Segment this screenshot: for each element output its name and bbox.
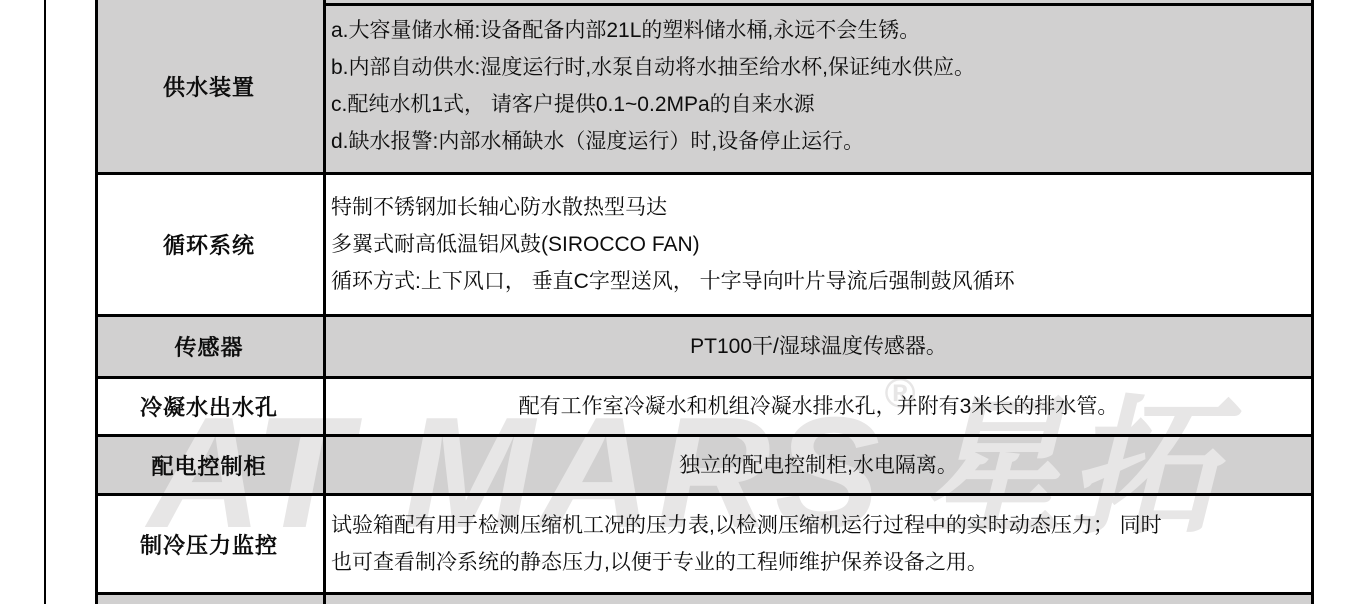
table-row-water-supply: 供水装置 a.大容量储水桶:设备配备内部21L的塑料储水桶,永远不会生锈。 b.… xyxy=(95,0,1314,172)
row-label-cell xyxy=(95,595,323,604)
row-label-cell: 配电控制柜 xyxy=(95,437,323,493)
content-line: 多翼式耐高低温铝风鼓(SIROCCO FAN) xyxy=(331,226,1308,263)
table-row-refrigeration-pressure-monitor: 制冷压力监控 试验箱配有用于检测压缩机工况的压力表,以检测压缩机运行过程中的实时… xyxy=(95,496,1314,592)
content-line: d.缺水报警:内部水桶缺水（湿度运行）时,设备停止运行。 xyxy=(331,123,1308,160)
row-content-cell: 试验箱配有用于检测压缩机工况的压力表,以检测压缩机运行过程中的实时动态压力； 同… xyxy=(323,496,1314,592)
table-row-power-control-cabinet: 配电控制柜 独立的配电控制柜,水电隔离。 xyxy=(95,437,1314,493)
row-label: 传感器 xyxy=(174,331,243,362)
row-content-cell: 独立的配电控制柜,水电隔离。 xyxy=(323,437,1314,493)
content-line: 特制不锈钢加长轴心防水散热型马达 xyxy=(331,189,1308,226)
content-line: 独立的配电控制柜,水电隔离。 xyxy=(679,447,958,484)
row-content-cell: 配有工作室冷凝水和机组冷凝水排水孔，并附有3米长的排水管。 xyxy=(323,379,1314,434)
row-label-cell: 冷凝水出水孔 xyxy=(95,379,323,434)
content-line: 也可查看制冷系统的静态压力,以便于专业的工程师维护保养设备之用。 xyxy=(331,544,1308,581)
content-line: a.大容量储水桶:设备配备内部21L的塑料储水桶,永远不会生锈。 xyxy=(331,12,1308,49)
row-content-cell: 特制不锈钢加长轴心防水散热型马达 多翼式耐高低温铝风鼓(SIROCCO FAN)… xyxy=(323,175,1314,314)
table-row-circulation-system: 循环系统 特制不锈钢加长轴心防水散热型马达 多翼式耐高低温铝风鼓(SIROCCO… xyxy=(95,175,1314,314)
table-row-partial xyxy=(95,595,1314,604)
page-border-line xyxy=(44,0,46,604)
table-row-sensor: 传感器 PT100干/湿球温度传感器。 xyxy=(95,317,1314,376)
row-label: 制冷压力监控 xyxy=(140,529,278,560)
row-label-cell: 制冷压力监控 xyxy=(95,496,323,592)
row-label: 配电控制柜 xyxy=(151,450,266,481)
row-label-cell: 传感器 xyxy=(95,317,323,376)
spec-table: 供水装置 a.大容量储水桶:设备配备内部21L的塑料储水桶,永远不会生锈。 b.… xyxy=(95,0,1314,604)
row-label: 循环系统 xyxy=(163,229,255,260)
content-line: 循环方式:上下风口， 垂直C字型送风， 十字导向叶片导流后强制鼓风循环 xyxy=(331,263,1308,300)
row-label: 冷凝水出水孔 xyxy=(140,391,278,422)
row-label-cell: 供水装置 xyxy=(95,0,323,172)
row-content-cell: a.大容量储水桶:设备配备内部21L的塑料储水桶,永远不会生锈。 b.内部自动供… xyxy=(323,0,1314,172)
row-content-cell xyxy=(323,595,1314,604)
content-line: 配有工作室冷凝水和机组冷凝水排水孔，并附有3米长的排水管。 xyxy=(519,388,1119,425)
content-line: b.内部自动供水:湿度运行时,水泵自动将水抽至给水杯,保证纯水供应。 xyxy=(331,49,1308,86)
row-label: 供水装置 xyxy=(163,71,255,102)
content-line: 试验箱配有用于检测压缩机工况的压力表,以检测压缩机运行过程中的实时动态压力； 同… xyxy=(331,507,1308,544)
document-page: 供水装置 a.大容量储水桶:设备配备内部21L的塑料储水桶,永远不会生锈。 b.… xyxy=(0,0,1360,604)
content-line: PT100干/湿球温度传感器。 xyxy=(690,328,947,365)
table-row-condensate-drain: 冷凝水出水孔 配有工作室冷凝水和机组冷凝水排水孔，并附有3米长的排水管。 xyxy=(95,379,1314,434)
row-label-cell: 循环系统 xyxy=(95,175,323,314)
row-content-cell: PT100干/湿球温度传感器。 xyxy=(323,317,1314,376)
content-line: c.配纯水机1式， 请客户提供0.1~0.2MPa的自来水源 xyxy=(331,86,1308,123)
